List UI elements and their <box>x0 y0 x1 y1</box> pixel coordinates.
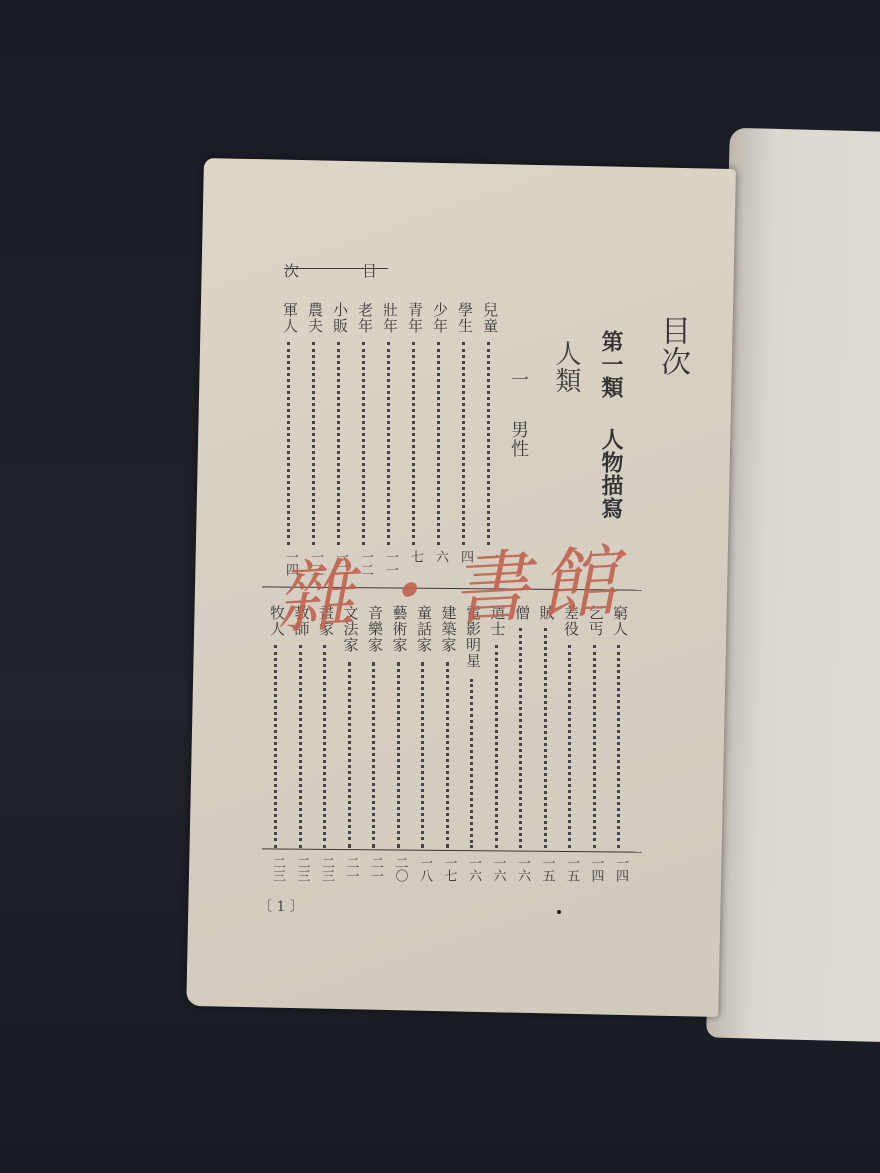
toc-entry: 青年 <box>405 302 426 334</box>
leader-dots <box>397 662 400 848</box>
page-number: 一六 <box>513 856 532 882</box>
page-number: 一四 <box>587 856 606 882</box>
leader-dots <box>299 645 302 848</box>
subsection-number: 一 <box>505 370 531 389</box>
watermark-stamp: 雜・書館 <box>272 519 629 649</box>
leader-dots <box>387 342 390 545</box>
leader-dots <box>462 342 465 545</box>
page-number: 一八 <box>415 856 434 882</box>
leader-dots <box>287 342 290 545</box>
toc-entry: 軍人 <box>280 302 301 334</box>
page-number: 二一 <box>366 856 385 882</box>
leader-dots <box>372 662 375 848</box>
page-number: 一七 <box>440 856 459 882</box>
leader-dots <box>421 662 424 848</box>
leader-dots <box>274 645 277 848</box>
leader-dots <box>568 645 571 848</box>
section-label: 人類 <box>548 340 585 394</box>
page-number: 二三 <box>317 856 336 882</box>
folio: 〔 1 〕 <box>258 896 304 916</box>
leader-dots <box>337 342 340 545</box>
running-head-right: 目 <box>362 260 377 281</box>
leader-dots <box>519 628 522 848</box>
toc-entry: 壯年 <box>380 302 401 334</box>
page-number: 二〇 <box>391 856 410 882</box>
toc-entry: 老年 <box>355 302 376 334</box>
category-name: 人物描寫 <box>596 428 627 520</box>
leader-dots <box>446 662 449 848</box>
leader-dots <box>348 662 351 848</box>
page-number: 一五 <box>562 856 581 882</box>
ink-speck <box>557 910 561 914</box>
page-number: 一五 <box>538 856 557 882</box>
leader-dots <box>312 342 315 545</box>
leader-dots <box>593 645 596 848</box>
page-number: 一四 <box>611 856 630 882</box>
leader-dots <box>544 628 547 848</box>
toc-entry: 小販 <box>330 302 351 334</box>
leader-dots <box>323 645 326 848</box>
leader-dots <box>437 342 440 545</box>
running-head-left: 次 <box>284 260 299 281</box>
toc-entry: 兒童 <box>480 302 501 334</box>
page-number: 二三 <box>293 856 312 882</box>
category-label: 第一類 <box>596 330 627 399</box>
page-number: 二三 <box>268 856 287 882</box>
leader-dots <box>617 645 620 848</box>
leader-dots <box>495 645 498 848</box>
toc-entry: 農夫 <box>305 302 326 334</box>
subsection-name: 男性 <box>505 420 531 458</box>
leader-dots <box>487 342 490 545</box>
running-head: 次 目 <box>284 268 388 269</box>
toc-entry: 學生 <box>455 302 476 334</box>
leader-dots <box>470 679 473 848</box>
toc-entry: 少年 <box>430 302 451 334</box>
leader-dots <box>362 342 365 545</box>
page-title: 目次 <box>650 315 694 377</box>
page-number: 一六 <box>489 856 508 882</box>
page-number: 二一 <box>342 856 361 882</box>
page-number: 一六 <box>464 856 483 882</box>
leader-dots <box>412 342 415 545</box>
